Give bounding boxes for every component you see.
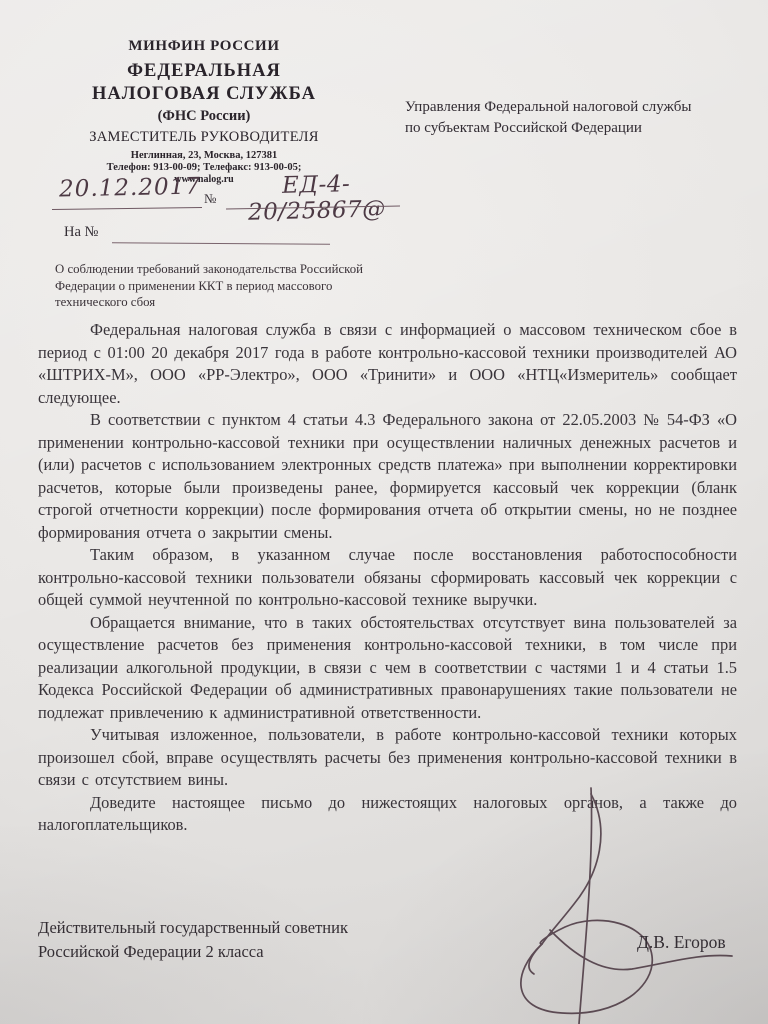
org-short-name: (ФНС России) (36, 108, 372, 125)
body-paragraph: В соответствии с пунктом 4 статьи 4.3 Фе… (38, 409, 737, 544)
signer-position: ЗАМЕСТИТЕЛЬ РУКОВОДИТЕЛЯ (36, 129, 372, 146)
body-paragraph: Таким образом, в указанном случае после … (38, 544, 737, 612)
signer-title: Действительный государственный советник … (38, 916, 458, 963)
signature-scribble (480, 772, 740, 1024)
date-underline (52, 207, 202, 210)
signer-title-line2: Российской Федерации 2 класса (38, 940, 458, 964)
addressee-block: Управления Федеральной налоговой службы … (405, 97, 705, 139)
org-address: Неглинная, 23, Москва, 127381 (36, 150, 372, 161)
org-name-line1: ФЕДЕРАЛЬНАЯ (36, 61, 372, 82)
letter-body: Федеральная налоговая служба в связи с и… (38, 319, 737, 837)
reply-to-label: На № (64, 224, 98, 241)
outgoing-number-handwritten: ЕД-4-20/25867@ (223, 170, 409, 227)
reply-to-underline (112, 242, 330, 245)
number-sign-label: № (204, 191, 216, 207)
letter-subject: О соблюдении требований законодательства… (55, 261, 367, 311)
scanned-letter-page: МИНФИН РОССИИ ФЕДЕРАЛЬНАЯ НАЛОГОВАЯ СЛУЖ… (0, 0, 768, 1024)
ministry-name: МИНФИН РОССИИ (36, 38, 372, 55)
body-paragraph: Обращается внимание, что в таких обстоят… (38, 612, 737, 725)
outgoing-date-handwritten: 20.12.2017 (55, 173, 206, 202)
letterhead: МИНФИН РОССИИ ФЕДЕРАЛЬНАЯ НАЛОГОВАЯ СЛУЖ… (36, 38, 372, 185)
body-paragraph: Федеральная налоговая служба в связи с и… (38, 319, 737, 409)
signer-title-line1: Действительный государственный советник (38, 916, 458, 940)
signer-name: Д.В. Егоров (637, 932, 726, 953)
org-name-line2: НАЛОГОВАЯ СЛУЖБА (36, 84, 372, 105)
